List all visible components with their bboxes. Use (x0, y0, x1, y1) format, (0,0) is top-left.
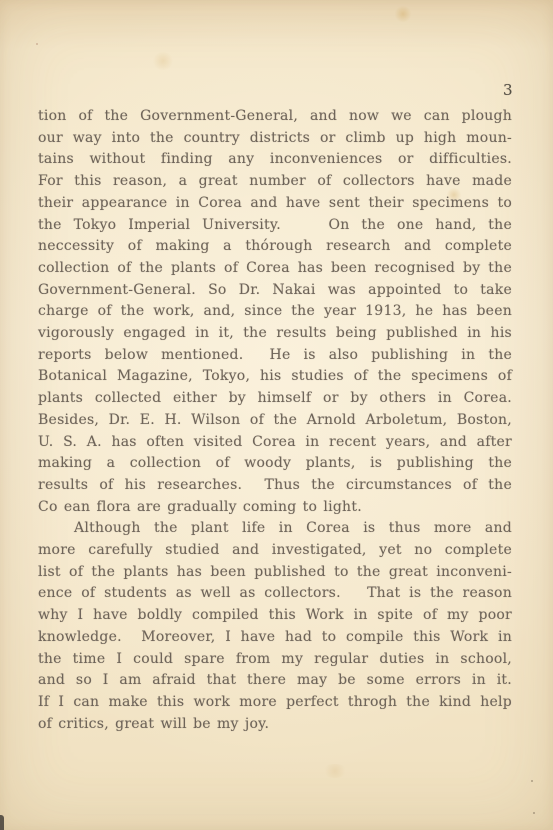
text-line: tains without finding any inconveniences… (38, 149, 512, 171)
text-line: If I can make this work more perfect thr… (38, 692, 512, 714)
paper-speck (36, 43, 38, 45)
text-line: collection of the plants of Corea has be… (38, 258, 512, 280)
text-line: Co ean flora are gradually coming to lig… (38, 497, 512, 519)
text-line: plants collected either by himself or by… (38, 388, 512, 410)
paragraph-2: Although the plant life in Corea is thus… (38, 518, 512, 735)
paper-speck (531, 780, 533, 782)
scan-edge-mark (0, 815, 4, 830)
book-page-scan: 3 tion of the Government-General, and no… (0, 0, 553, 830)
text-line: results of his researches. Thus the circ… (38, 475, 512, 497)
paper-stain (394, 6, 412, 22)
text-line: ence of students as well as collectors. … (38, 583, 512, 605)
paragraph-1: tion of the Government-General, and now … (38, 106, 512, 518)
paper-stain (152, 52, 174, 70)
page-number: 3 (503, 81, 513, 99)
text-line: vigorously engaged in it, the results be… (38, 323, 512, 345)
text-line: reports below mentioned. He is also publ… (38, 345, 512, 367)
text-line: our way into the country districts or cl… (38, 128, 512, 150)
paper-stain (322, 764, 348, 778)
text-line: Besides, Dr. E. H. Wilson of the Arnold … (38, 410, 512, 432)
text-line: U. S. A. has often visited Corea in rece… (38, 432, 512, 454)
paper-speck (533, 812, 535, 814)
text-line: making a collection of woody plants, is … (38, 453, 512, 475)
text-line: the time I could spare from my regular d… (38, 649, 512, 671)
text-line: more carefully studied and investigated,… (38, 540, 512, 562)
text-line: of critics, great will be my joy. (38, 714, 512, 736)
text-line: why I have boldly compiled this Work in … (38, 605, 512, 627)
text-line: Although the plant life in Corea is thus… (38, 518, 512, 540)
text-line: and so I am afraid that there may be som… (38, 670, 512, 692)
text-line: list of the plants has been published to… (38, 562, 512, 584)
body-text: tion of the Government-General, and now … (38, 106, 512, 735)
text-line: knowledge. Moreover, I have had to compi… (38, 627, 512, 649)
text-line: tion of the Government-General, and now … (38, 106, 512, 128)
text-line: the Tokyo Imperial University. On the on… (38, 215, 512, 237)
text-line: their appearance in Corea and have sent … (38, 193, 512, 215)
text-line: charge of the work, and, since the year … (38, 301, 512, 323)
text-line: Botanical Magazine, Tokyo, his studies o… (38, 366, 512, 388)
text-line: For this reason, a great number of colle… (38, 171, 512, 193)
text-line: Government-General. So Dr. Nakai was app… (38, 280, 512, 302)
text-line: neccessity of making a thórough research… (38, 236, 512, 258)
